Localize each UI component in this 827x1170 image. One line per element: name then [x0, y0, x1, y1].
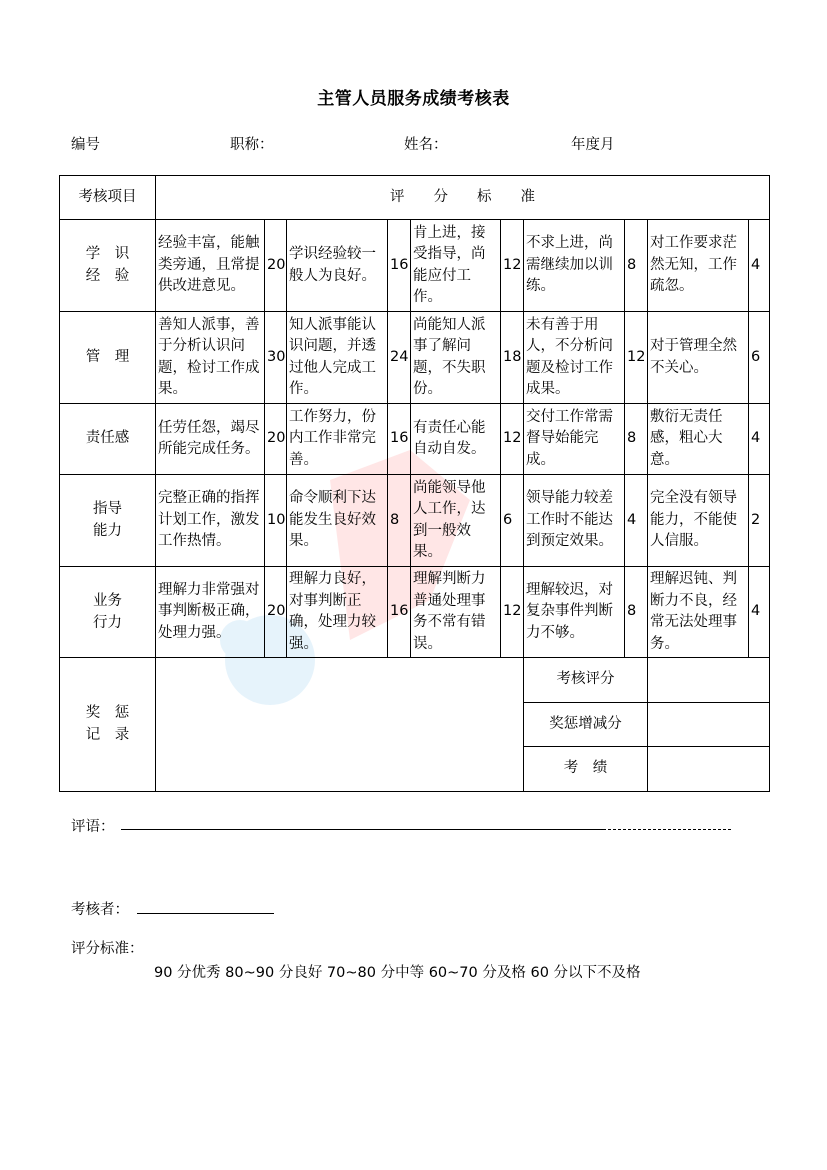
level-score: 4	[749, 567, 770, 658]
level-desc: 理解力非常强对事判断极正确，处理力强。	[156, 567, 265, 658]
level-desc: 经验丰富，能触类旁通，且常提供改进意见。	[156, 220, 265, 312]
level-desc: 敷衍无责任感，粗心大意。	[648, 404, 749, 475]
item-label: 学 识经 验	[60, 220, 156, 312]
criteria-header: 评 分 标 准	[156, 176, 770, 220]
comment-section: 评语：	[71, 815, 115, 836]
level-score: 24	[388, 312, 411, 404]
level-desc: 理解迟钝、判断力不良，经常无法处理事务。	[648, 567, 749, 658]
level-desc: 理解较迟，对复杂事件判断力不够。	[524, 567, 625, 658]
item-label: 管 理	[60, 312, 156, 404]
title-label: 职称：	[230, 137, 274, 153]
summary-value-field[interactable]	[648, 703, 770, 747]
level-score: 20	[265, 567, 287, 658]
level-score: 4	[749, 404, 770, 475]
rewards-label: 奖 惩记 录	[60, 658, 156, 792]
item-label: 业务行力	[60, 567, 156, 658]
level-score: 6	[749, 312, 770, 404]
level-desc: 肯上进，接受指导，尚能应付工作。	[411, 220, 501, 312]
item-header: 考核项目	[60, 176, 156, 220]
level-desc: 理解判断力普通处理事务不常有错误。	[411, 567, 501, 658]
level-desc: 对工作要求茫然无知，工作疏忽。	[648, 220, 749, 312]
year-month-field[interactable]: 年度月	[571, 133, 615, 154]
header-row: 考核项目 评 分 标 准	[60, 176, 770, 220]
level-score: 20	[265, 404, 287, 475]
level-score: 4	[749, 220, 770, 312]
table-row: 管 理 善知人派事，善于分析认识问题，检讨工作成果。 30 知人派事能认识问题，…	[60, 312, 770, 404]
level-score: 16	[388, 404, 411, 475]
reviewer-line-field[interactable]	[137, 913, 274, 914]
level-score: 8	[388, 475, 411, 567]
table-row: 指导能力 完整正确的指挥计划工作，激发工作热情。 10 命令顺利下达能发生良好效…	[60, 475, 770, 567]
level-desc: 有责任心能自动自发。	[411, 404, 501, 475]
level-score: 16	[388, 220, 411, 312]
year-label: 年度	[571, 137, 600, 153]
level-score: 12	[625, 312, 648, 404]
comment-label: 评语：	[71, 819, 115, 835]
level-desc: 善知人派事，善于分析认识问题，检讨工作成果。	[156, 312, 265, 404]
level-desc: 任劳任怨，竭尽所能完成任务。	[156, 404, 265, 475]
level-score: 16	[388, 567, 411, 658]
number-label: 编号	[71, 137, 100, 153]
level-score: 20	[265, 220, 287, 312]
level-desc: 完全没有领导能力，不能使人信服。	[648, 475, 749, 567]
summary-value-field[interactable]	[648, 747, 770, 792]
level-desc: 交付工作常需督导始能完成。	[524, 404, 625, 475]
table-row: 学 识经 验 经验丰富，能触类旁通，且常提供改进意见。 20 学识经验较一般人为…	[60, 220, 770, 312]
level-score: 8	[625, 567, 648, 658]
level-score: 12	[501, 220, 524, 312]
table-row: 业务行力 理解力非常强对事判断极正确，处理力强。 20 理解力良好，对事判断正确…	[60, 567, 770, 658]
level-desc: 工作努力，份内工作非常完善。	[287, 404, 388, 475]
level-desc: 理解力良好，对事判断正确，处理力较强。	[287, 567, 388, 658]
assessment-table: 考核项目 评 分 标 准 学 识经 验 经验丰富，能触类旁通，且常提供改进意见。…	[59, 175, 770, 792]
level-score: 10	[265, 475, 287, 567]
level-score: 12	[501, 404, 524, 475]
number-field[interactable]: 编号	[71, 133, 100, 154]
summary-label: 奖惩增减分	[524, 703, 648, 747]
level-score: 6	[501, 475, 524, 567]
level-score: 8	[625, 404, 648, 475]
comment-dashed-line	[603, 829, 731, 830]
summary-value-field[interactable]	[648, 658, 770, 703]
level-desc: 尚能领导他人工作，达到一般效果。	[411, 475, 501, 567]
rewards-record-field[interactable]	[156, 658, 524, 792]
page-title: 主管人员服务成绩考核表	[0, 84, 827, 109]
item-label: 指导能力	[60, 475, 156, 567]
month-label: 月	[600, 137, 615, 153]
level-desc: 知人派事能认识问题，并透过他人完成工作。	[287, 312, 388, 404]
level-score: 30	[265, 312, 287, 404]
level-score: 2	[749, 475, 770, 567]
title-field[interactable]: 职称：	[230, 133, 274, 154]
standard-label: 评分标准：	[71, 937, 144, 958]
level-desc: 未有善于用人，不分析问题及检讨工作成果。	[524, 312, 625, 404]
level-score: 12	[501, 567, 524, 658]
level-desc: 不求上进，尚需继续加以训练。	[524, 220, 625, 312]
level-score: 8	[625, 220, 648, 312]
reviewer-section: 考核者：	[71, 898, 129, 919]
table-row: 责任感 任劳任怨，竭尽所能完成任务。 20 工作努力，份内工作非常完善。 16 …	[60, 404, 770, 475]
level-score: 18	[501, 312, 524, 404]
name-label: 姓名：	[404, 137, 448, 153]
summary-label: 考核评分	[524, 658, 648, 703]
level-desc: 命令顺利下达能发生良好效果。	[287, 475, 388, 567]
reviewer-label: 考核者：	[71, 902, 129, 918]
level-desc: 对于管理全然不关心。	[648, 312, 749, 404]
level-desc: 学识经验较一般人为良好。	[287, 220, 388, 312]
item-label: 责任感	[60, 404, 156, 475]
level-desc: 尚能知人派事了解问题，不失职份。	[411, 312, 501, 404]
level-desc: 完整正确的指挥计划工作，激发工作热情。	[156, 475, 265, 567]
name-field[interactable]: 姓名：	[404, 133, 448, 154]
summary-label: 考 绩	[524, 747, 648, 792]
level-desc: 领导能力较差工作时不能达到预定效果。	[524, 475, 625, 567]
level-score: 4	[625, 475, 648, 567]
rewards-row: 奖 惩记 录 考核评分	[60, 658, 770, 703]
standard-text: 90 分优秀 80~90 分良好 70~80 分中等 60~70 分及格 60 …	[154, 961, 641, 982]
